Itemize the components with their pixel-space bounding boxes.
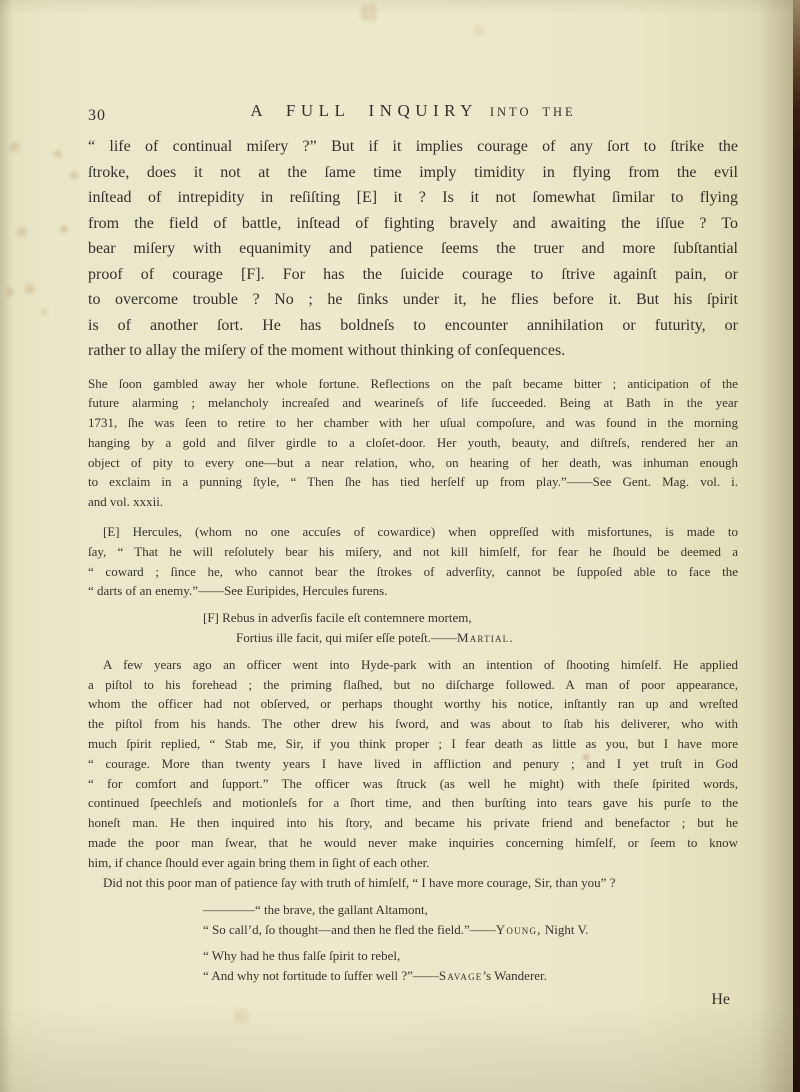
footnote-line: Did not this poor man of patience ſay wi… <box>88 873 738 893</box>
footnote-line: and vol. xxxii. <box>88 492 738 512</box>
text-line: ſtroke, does it not at the ſame time imp… <box>88 160 738 186</box>
catchword: He <box>88 991 738 1009</box>
footnote-continuation: She ſoon gambled away her whole fortune.… <box>88 374 738 513</box>
page-number: 30 <box>88 107 106 125</box>
footnote-line: “ for comfort and ſupport.” The officer … <box>88 774 738 794</box>
young-quote: ————“ the brave, the gallant Altamont, “… <box>88 900 738 940</box>
verse-line: “ And why not fortitude to ſuffer well ?… <box>203 966 738 986</box>
verse-line: [F] Rebus in adverſis facile eſt contemn… <box>203 608 738 628</box>
footnote-line: A few years ago an officer went into Hyd… <box>88 655 738 675</box>
text-line: to overcome trouble ? No ; he ſinks unde… <box>88 287 738 313</box>
footnote-line: honeſt man. He then inquired into his ſt… <box>88 813 738 833</box>
footnote-e: [E] Hercules, (whom no one accuſes of co… <box>88 522 738 601</box>
main-paragraph: “ life of continual miſery ?” But if it … <box>88 134 738 364</box>
running-title: A FULL INQUIRYINTO THE <box>88 101 738 121</box>
footnote-line: ſay, “ That he will reſolutely bear his … <box>88 542 738 562</box>
footnote-line: [E] Hercules, (whom no one accuſes of co… <box>88 522 738 542</box>
running-title-small: INTO THE <box>490 105 576 119</box>
book-page: 30 A FULL INQUIRYINTO THE “ life of cont… <box>0 0 800 1092</box>
book-cover-edge <box>793 0 800 1092</box>
citation-savage: Savage <box>439 968 483 983</box>
footnotes-section: She ſoon gambled away her whole fortune.… <box>88 374 738 986</box>
verse-line: “ So call’d, ſo thought—and then he fled… <box>203 920 738 940</box>
verse-text-after: ’s Wanderer. <box>482 968 546 983</box>
text-line: “ life of continual miſery ?” But if it … <box>88 134 738 160</box>
text-line: inſtead of intrepidity in reſiſting [E] … <box>88 185 738 211</box>
footnote-line: whom the officer had not obſerved, or pe… <box>88 694 738 714</box>
footnote-line: the piſtol from his hands. The other dre… <box>88 714 738 734</box>
footnote-line: him, if chance ſhould ever again bring t… <box>88 853 738 873</box>
footnote-line: “ darts of an enemy.”——See Euripides, He… <box>88 581 738 601</box>
footnote-line: object of pity to every one—but a near r… <box>88 453 738 473</box>
footnote-officer-anecdote: A few years ago an officer went into Hyd… <box>88 655 738 893</box>
text-line: rather to allay the miſery of the moment… <box>88 338 738 364</box>
text-line: proof of courage [F]. For has the ſuicid… <box>88 262 738 288</box>
verse-line: ————“ the brave, the gallant Altamont, <box>203 900 738 920</box>
citation-martial: Martial. <box>457 630 514 645</box>
page-left-edge-shade <box>0 0 14 1092</box>
verse-text: Fortius ille facit, qui miſer eſſe poteſ… <box>236 630 457 645</box>
footnote-line: made the poor man ſwear, that he would n… <box>88 833 738 853</box>
savage-quote: “ Why had he thus falſe ſpirit to rebel,… <box>88 946 738 986</box>
running-title-main: A FULL INQUIRY <box>250 101 478 120</box>
footnote-line: a piſtol to his forehead ; the priming f… <box>88 675 738 695</box>
footnote-line: continued ſpeechleſs and motionleſs for … <box>88 793 738 813</box>
text-line: bear miſery with equanimity and patience… <box>88 236 738 262</box>
footnote-line: 1731, ſhe was ſeen to retire to her cham… <box>88 413 738 433</box>
footnote-line: hanging by a gold and ſilver girdle to a… <box>88 433 738 453</box>
footnote-line: “ courage. More than twenty years I have… <box>88 754 738 774</box>
verse-text: “ And why not fortitude to ſuffer well ?… <box>203 968 439 983</box>
text-line: from the field of battle, inſtead of fig… <box>88 211 738 237</box>
verse-line: Fortius ille facit, qui miſer eſſe poteſ… <box>203 628 738 648</box>
footnote-line: “ coward ; ſince he, who cannot bear the… <box>88 562 738 582</box>
page-header: 30 A FULL INQUIRYINTO THE <box>88 0 738 125</box>
page-content: 30 A FULL INQUIRYINTO THE “ life of cont… <box>0 0 800 1009</box>
text-line: is of another ſort. He has boldneſs to e… <box>88 313 738 339</box>
verse-line: “ Why had he thus falſe ſpirit to rebel, <box>203 946 738 966</box>
citation-young: Young, <box>496 922 542 937</box>
verse-text-after: Night V. <box>542 922 589 937</box>
footnote-line: much ſpirit replied, “ Stab me, Sir, if … <box>88 734 738 754</box>
footnote-line: She ſoon gambled away her whole fortune.… <box>88 374 738 394</box>
page-right-edge-shade <box>759 0 793 1092</box>
footnote-line: to exclaim in a punning ſtyle, “ Then ſh… <box>88 472 738 492</box>
footnote-f-verse: [F] Rebus in adverſis facile eſt contemn… <box>88 608 738 648</box>
verse-text: “ So call’d, ſo thought—and then he fled… <box>203 922 496 937</box>
footnote-line: future alarming ; melancholy increaſed a… <box>88 393 738 413</box>
